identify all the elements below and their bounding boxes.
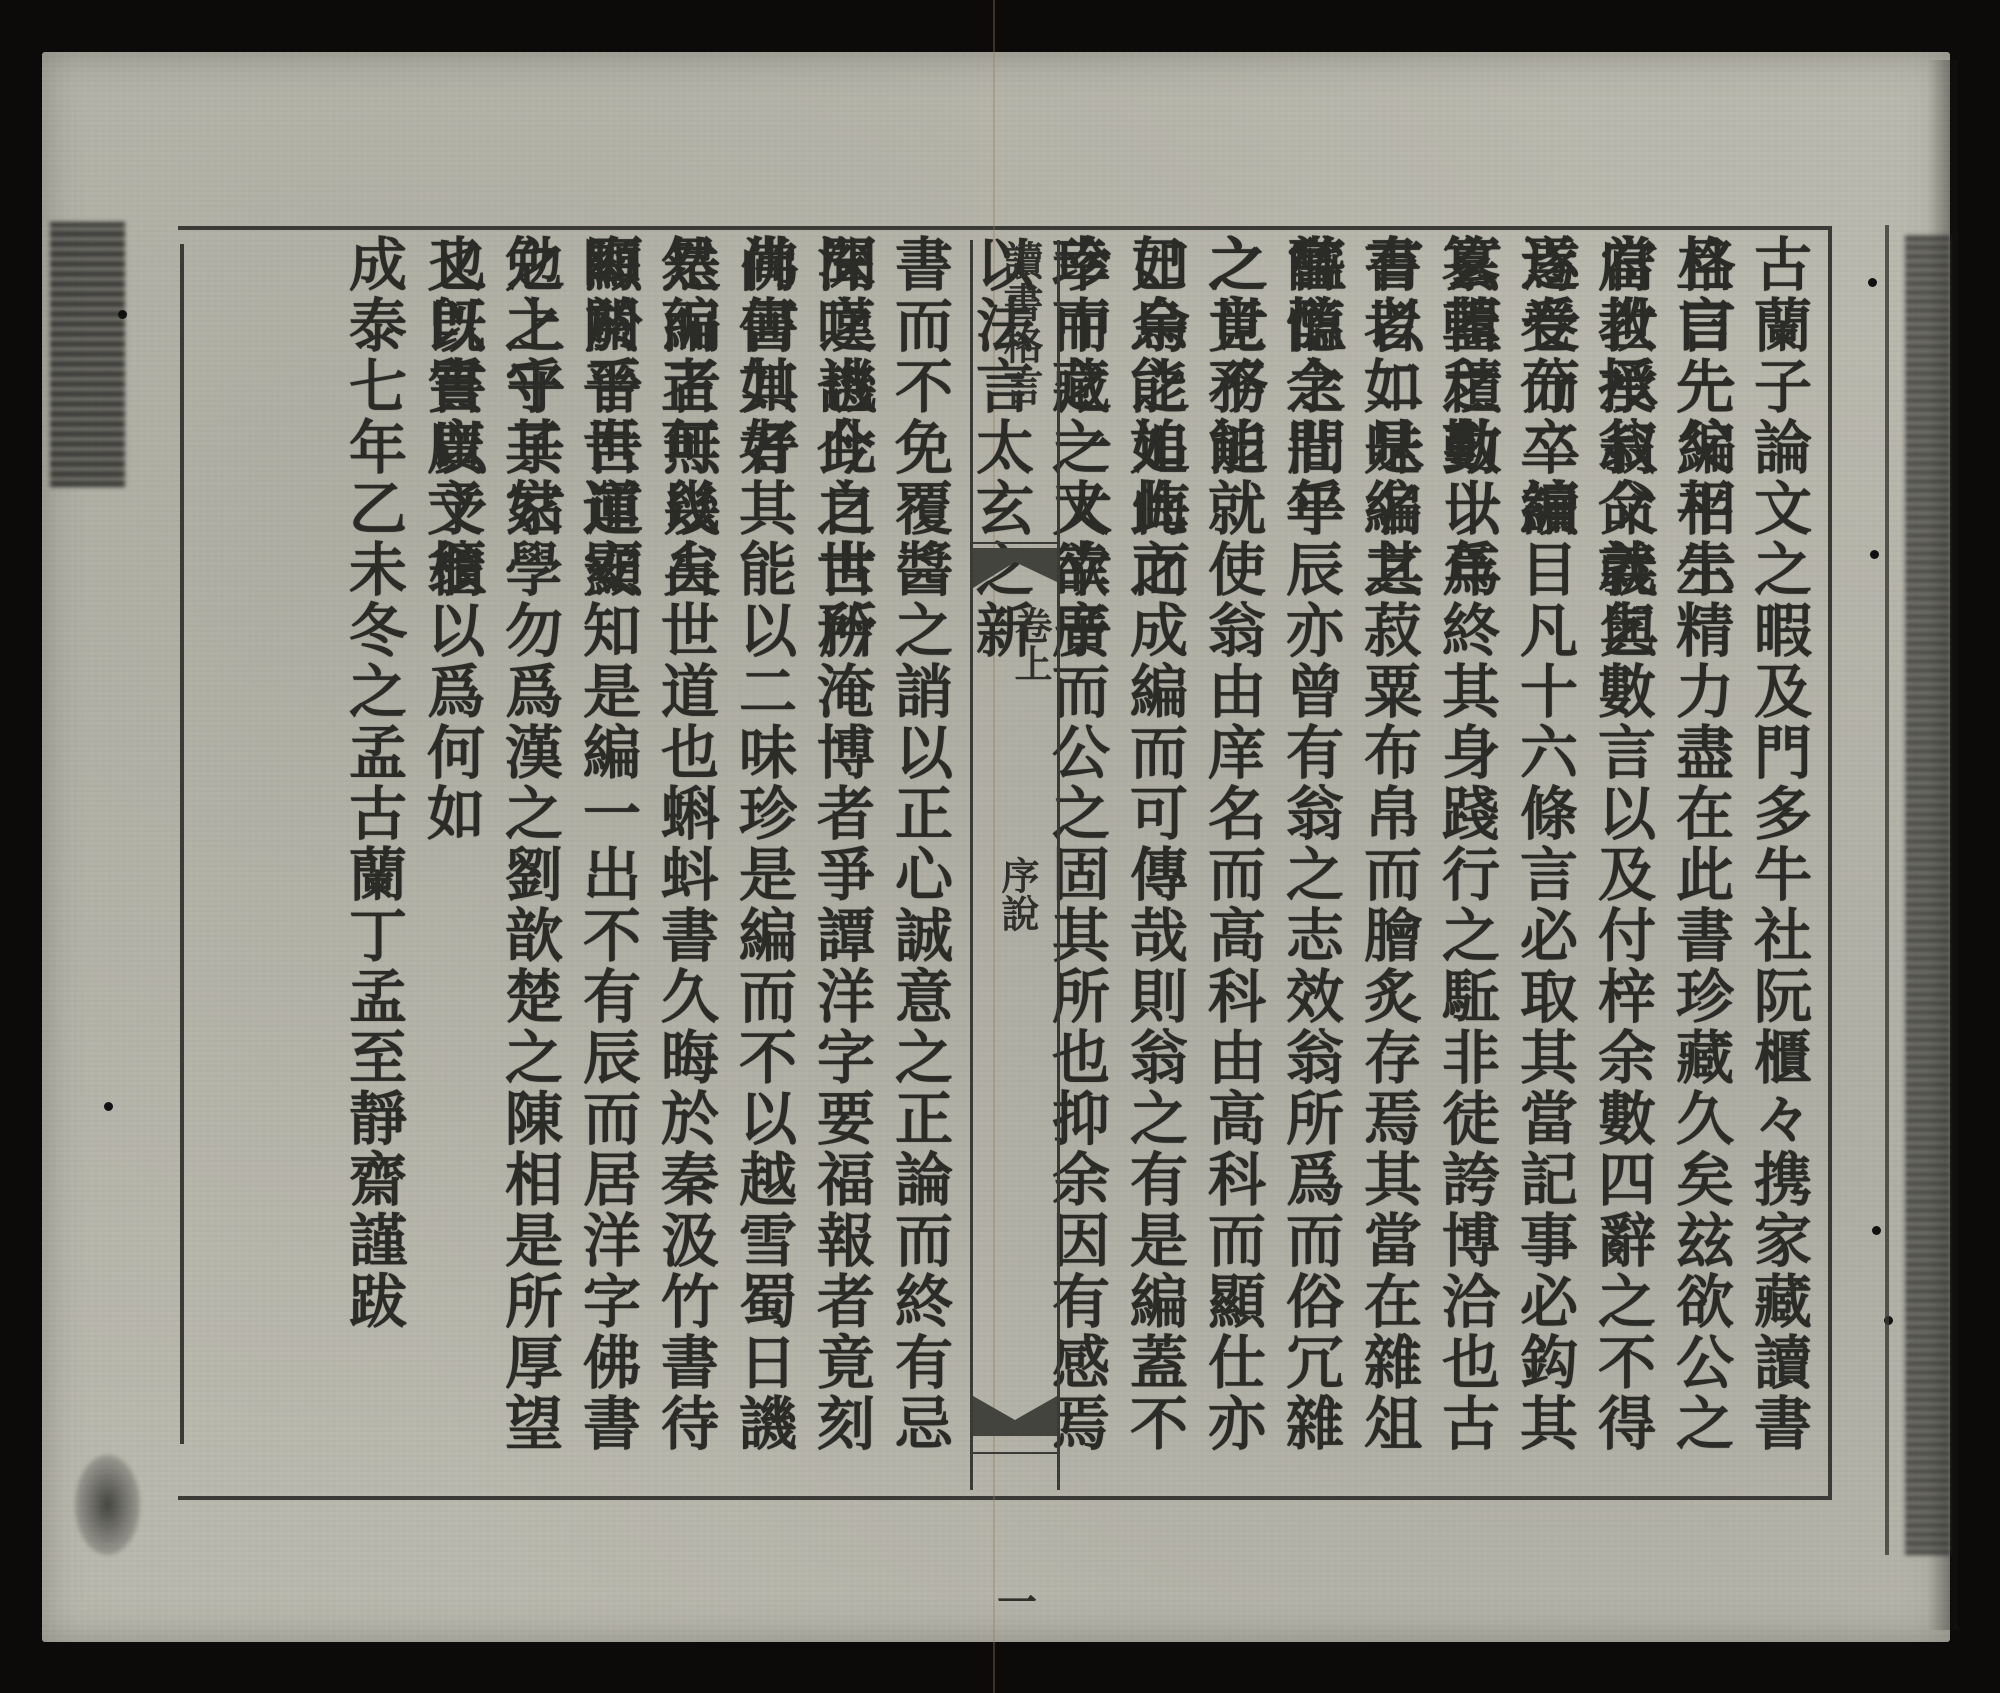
text-column: 又以質廣文翁以爲何如 xyxy=(413,234,489,844)
text-column: 纂輯之勤以爲終其身踐行之駈非徒誇博洽也古有以二味名其 xyxy=(1428,234,1504,1490)
volume-label: 卷上 xyxy=(1005,606,1055,682)
left-half-leaf: 書而不免覆醬之誚以正心誠意之正論而終有忌聞之譏此自古所 深嘆也今之世矜淹博者爭譚… xyxy=(190,230,965,1490)
text-column: 嘗憶余壯年辰亦曾有翁之志效翁所爲而俗冗雜之世務迫 xyxy=(1272,234,1348,1490)
lower-fishtail-icon xyxy=(973,1396,1057,1436)
text-column: 勉之守其家學勿爲漢之劉歆楚之陳相是所厚望也旣書以予櫃 xyxy=(491,234,567,1490)
right-half-leaf: 古蘭子論文之暇及門多牛社阮櫃々携家藏讀書格言一編相示 且曰先父平生精力盡在此書珍… xyxy=(1050,230,1826,1490)
text-column: 焉卷分二編目凡十六條言必取其當記事必鈎其玄蓋積數十年 xyxy=(1506,234,1582,1490)
binding-hole xyxy=(1870,550,1879,559)
text-column: 晦關乎世運安知是編一出不有辰而居洋字佛書之上乎子姑 xyxy=(569,234,645,1490)
binding-hole xyxy=(118,310,127,319)
text-column: 且曰先父平生精力盡在此書珍藏久矣玆欲公之當世承叔父義與 xyxy=(1662,234,1738,1490)
thumbprint-stain xyxy=(75,1455,140,1555)
text-column: 古蘭子論文之暇及門多牛社阮櫃々携家藏讀書格言一編相示 xyxy=(1740,234,1816,1490)
binding-hole xyxy=(1872,1226,1881,1235)
text-column: 府教授翁命就乞數言以及付梓余數四辭之不得遂受而卒讀 xyxy=(1584,234,1660,1490)
text-column: 書而不免覆醬之誚以正心誠意之正論而終有忌聞之譏此自古所 xyxy=(881,234,957,1490)
ink-smudge-right xyxy=(1905,235,1950,1555)
block-inner-left-border xyxy=(180,244,184,1444)
spine-border-left xyxy=(970,240,973,1490)
text-column: 深嘆也今之世矜淹博者爭譚洋字要福報者竟刻佛書其好 xyxy=(803,234,879,1490)
binding-hole xyxy=(1868,278,1877,287)
block-outer-right-border xyxy=(1885,225,1889,1555)
spine-rule xyxy=(973,542,1057,544)
text-column: 書者如是編之菽粟布帛而膾炙存焉其當在雜俎醯醢之間乎 xyxy=(1350,234,1426,1490)
ink-smudge-left xyxy=(50,222,125,487)
binding-hole xyxy=(104,1102,113,1111)
upper-fishtail-icon xyxy=(973,548,1057,588)
page-number: 一 xyxy=(992,1571,1042,1628)
text-column: 尚何如者其能以二味珍是編而不以越雪蜀日譏是編者無幾矣 xyxy=(725,234,801,1490)
section-label: 序說 xyxy=(992,856,1042,932)
text-column: 已烏能如此之成編而可傳哉則翁之有是編蓋不幸中之一大幸子 xyxy=(1116,234,1192,1490)
book-title: 讀書格言 xyxy=(988,240,1048,408)
spine-border-right xyxy=(1057,240,1060,1490)
text-column: 然而正可以占世道也蝌蚪書久晦於秦汲竹書待顯於晉吾道顯 xyxy=(647,234,723,1490)
colophon-column: 成泰七年乙未冬之孟古蘭丁孟至靜齋謹跋 xyxy=(335,234,411,1332)
spine-rule xyxy=(973,1452,1057,1454)
text-column: 之竟不能就使翁由庠名而高科由高科而顯仕亦如余之追悔而 xyxy=(1194,234,1270,1490)
center-spine: 讀書格言 卷上 序說 一 xyxy=(970,226,1070,1496)
